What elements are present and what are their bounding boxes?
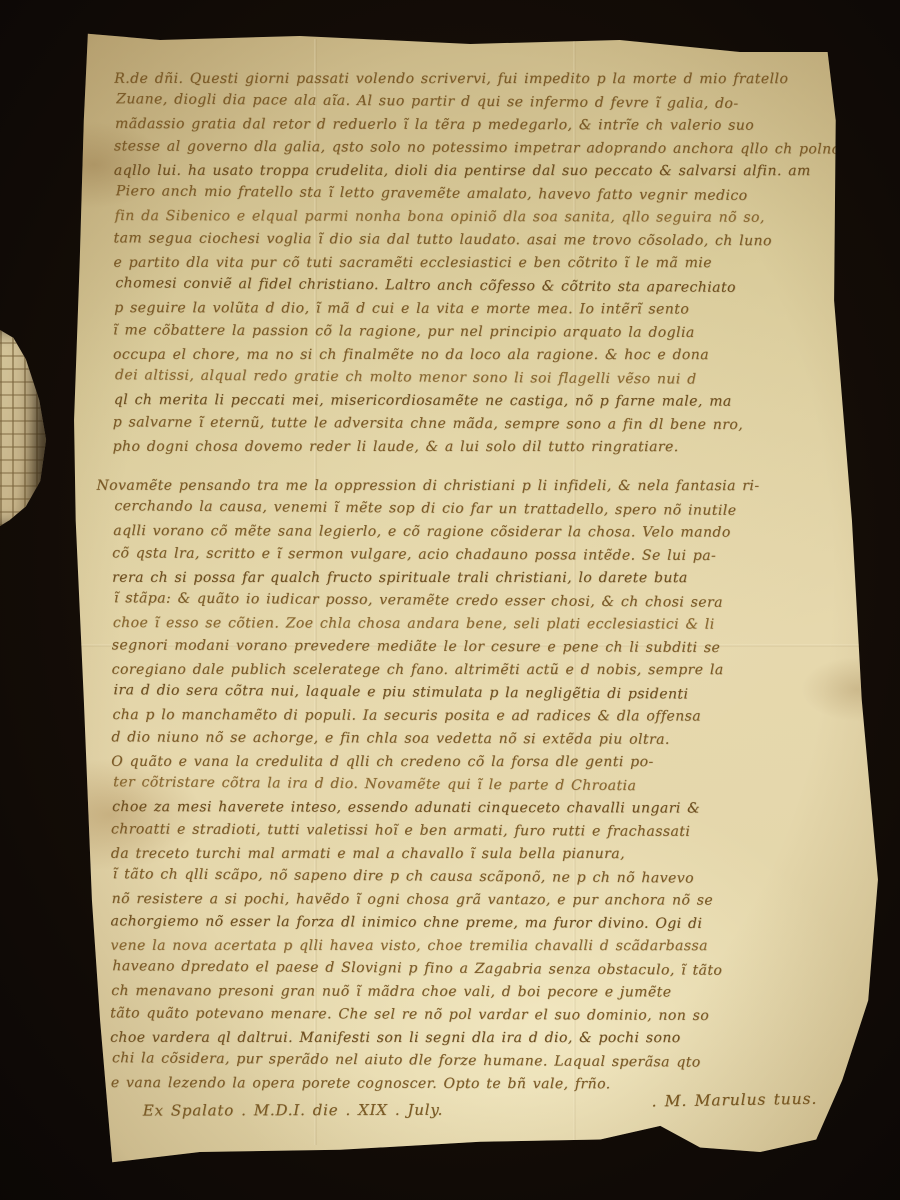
manuscript-line: e partito dla vita pur cõ tuti sacramẽti…	[113, 252, 861, 275]
paragraph-1: R.de dñi. Questi giorni passati volendo …	[113, 66, 863, 460]
dateline: Ex Spalato . M.D.I. die . XIX . July.	[143, 1099, 443, 1123]
manuscript-line: chroatti e stradioti, tutti valetissi ho…	[111, 818, 859, 844]
manuscript-line: choe vardera ql daltrui. Manifesti son l…	[110, 1027, 858, 1050]
manuscript-line: achorgiemo nõ esser la forza dl inimico …	[111, 910, 859, 936]
photo-background: R.de dñi. Questi giorni passati volendo …	[0, 0, 900, 1200]
signature: . M. Marulus tuus.	[652, 1088, 818, 1114]
manuscript-line: da treceto turchi mal armati e mal a cha…	[111, 843, 859, 866]
manuscript-line: ql ch merita li peccati mei, misericordi…	[114, 389, 862, 414]
manuscript-line: R.de dñi. Questi giorni passati volendo …	[114, 68, 862, 91]
manuscript-line: O quãto e vana la credulita d qlli ch cr…	[111, 751, 859, 774]
manuscript-line: p salvarne ĩ eternũ, tutte le adversita …	[113, 411, 861, 437]
manuscript-line: vene la nova acertata p qlli havea visto…	[110, 935, 858, 958]
checkered-cloth-fragment	[0, 330, 48, 526]
paragraph-2: Novamẽte pensando tra me la oppression d…	[110, 473, 861, 1097]
manuscript-line: Novamẽte pensando tra me la oppression d…	[96, 475, 860, 498]
manuscript-paper: R.de dñi. Questi giorni passati volendo …	[70, 28, 882, 1168]
manuscript-line: tãto quãto potevano menare. Che sel re n…	[110, 1002, 858, 1028]
manuscript-line: fin da Sibenico e elqual parmi nonha bon…	[115, 205, 863, 230]
manuscript-line: ch menavano presoni gran nuõ ĩ mãdra cho…	[111, 980, 859, 1005]
manuscript-line: aqlli vorano cõ mẽte sana legierlo, e cõ…	[113, 520, 861, 545]
manuscript-line: choe za mesi haverete inteso, essendo ad…	[112, 796, 860, 821]
manuscript-line: aqllo lui. ha usato troppa crudelita, di…	[114, 160, 862, 183]
manuscript-line: coregiano dale publich sceleratege ch fa…	[112, 659, 860, 682]
manuscript-line: ĩ me cõbattere la passion cõ la ragione,…	[113, 319, 861, 345]
closing-row: Ex Spalato . M.D.I. die . XIX . July. . …	[110, 1098, 858, 1124]
manuscript-line: choe ĩ esso se cõtien. Zoe chla chosa an…	[113, 612, 861, 637]
manuscript-line: d dio niuno nõ se achorge, e fin chla so…	[111, 726, 859, 752]
manuscript-line: rera ch si possa far qualch fructo spiri…	[112, 567, 860, 590]
manuscript-line: mãdassio gratia dal retor d reduerlo ĩ l…	[115, 113, 863, 138]
manuscript-line: p seguire la volũta d dio, ĩ mã d cui e …	[114, 297, 862, 322]
manuscript-line: tam segua ciochesi voglia ĩ dio sia dal …	[114, 227, 862, 253]
handwriting-block: R.de dñi. Questi giorni passati volendo …	[110, 66, 863, 1124]
manuscript-line: stesse al governo dla galia, qsto solo n…	[114, 135, 862, 161]
manuscript-line: cõ qsta lra, scritto e ĩ sermon vulgare,…	[112, 542, 860, 568]
manuscript-line: occupa el chore, ma no si ch finalmẽte n…	[113, 344, 861, 367]
manuscript-line: cha p lo manchamẽto di populi. Ia securi…	[112, 704, 860, 729]
manuscript-line: segnori modani vorano prevedere mediãte …	[112, 634, 860, 660]
manuscript-line: nõ resistere a si pochi, havẽdo ĩ ogni c…	[112, 888, 860, 913]
manuscript-line: pho dogni chosa dovemo reder li laude, &…	[113, 436, 861, 459]
